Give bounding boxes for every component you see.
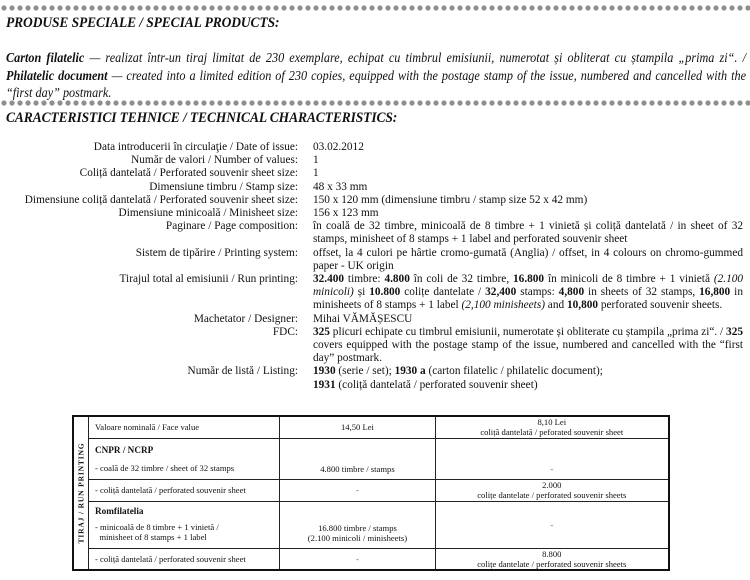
qty: 32,400: [485, 286, 516, 298]
qty: 2.000: [542, 480, 561, 490]
spec-value: 1: [313, 154, 743, 167]
row-right-value: 2.000colițe dantelate / perforated souve…: [435, 479, 669, 501]
qty: 4.800: [384, 273, 409, 285]
special-products-description: Carton filatelic — realizat într-un tira…: [6, 49, 746, 102]
spec-value: 1: [313, 167, 743, 180]
special-products-title: PRODUSE SPECIALE / SPECIAL PRODUCTS:: [6, 15, 279, 32]
row-label: - coliță dantelată / perforated souvenir…: [89, 479, 280, 501]
spec-label: Dimensiune coliță dantelată / Perforated…: [0, 194, 298, 207]
face-value-sheet-amount: 8,10 Lei: [537, 417, 566, 427]
qty: 10,800: [567, 299, 598, 311]
face-value-label: Valoare nominală / Face value: [89, 416, 280, 438]
spec-label: Paginare / Page composition:: [0, 220, 298, 246]
row-right-value: 8.800colițe dantelate / perforated souve…: [435, 548, 669, 570]
run-printing-value: 32.400 timbre: 4.800 în coli de 32 timbr…: [313, 273, 743, 313]
row-mid-value: 4.800 timbre / stamps: [280, 438, 435, 479]
dotted-divider-top: [0, 4, 750, 12]
listing-number: 1930: [313, 365, 336, 377]
listing-value: 1930 (serie / set); 1930 a (carton filat…: [313, 365, 743, 391]
spec-row-listing: Număr de listă / Listing: 1930 (serie / …: [0, 365, 750, 391]
text: stamps:: [516, 286, 558, 298]
label-line-2: minisheet of 8 stamps + 1 label: [99, 532, 206, 542]
row-label: CNPR / NCRP- coală de 32 timbre / sheet …: [89, 438, 280, 479]
qty: 32.400: [313, 273, 344, 285]
text: colițe dantelate /: [400, 286, 485, 298]
text: in sheets of 32 stamps,: [584, 286, 699, 298]
row-label-text: - minicoală de 8 timbre + 1 vinietă / mi…: [95, 516, 273, 548]
qty: 325: [313, 326, 330, 338]
row-mid-value: -: [280, 548, 435, 570]
table-row: CNPR / NCRP- coală de 32 timbre / sheet …: [73, 438, 669, 479]
technical-specs-list: Data introducerii în circulaţie / Date o…: [0, 141, 750, 392]
spec-value: 48 x 33 mm: [313, 181, 743, 194]
spec-row: Dimensiune timbru / Stamp size:48 x 33 m…: [0, 181, 750, 194]
spec-label: Coliță dantelată / Perforated souvenir s…: [0, 167, 298, 180]
table-row: Romfilatelia- minicoală de 8 timbre + 1 …: [73, 501, 669, 548]
spec-row: Paginare / Page composition:în coală de …: [0, 220, 750, 246]
spec-label: Număr de listă / Listing:: [0, 365, 298, 391]
spec-label: Tirajul total al emisiunii / Run printin…: [0, 273, 298, 313]
text: plicuri echipate cu timbrul emisiunii, n…: [330, 326, 726, 338]
spec-row-fdc: FDC: 325 plicuri echipate cu timbrul emi…: [0, 326, 750, 366]
spec-row: Dimensiune minicoală / Minisheet size:15…: [0, 207, 750, 220]
text: în coli de 32 timbre,: [410, 273, 513, 285]
text: covers equipped with the postage stamp o…: [313, 339, 743, 364]
spec-row: Număr de valori / Number of values:1: [0, 154, 750, 167]
spec-label: Sistem de tipărire / Printing system:: [0, 247, 298, 273]
text: în minicoli de 8 timbre + 1 vinietă: [544, 273, 714, 285]
qty: 10.800: [369, 286, 400, 298]
spec-label: Dimensiune timbru / Stamp size:: [0, 181, 298, 194]
qty: 8.800: [542, 549, 561, 559]
technical-characteristics-title: CARACTERISTICI TEHNICE / TECHNICAL CHARA…: [6, 110, 397, 127]
text: (carton filatelic / philatelic document)…: [426, 365, 603, 377]
philatelic-document-en-text: — created into a limited edition of 230 …: [6, 68, 746, 101]
qty: 16.800 timbre / stamps: [318, 523, 397, 533]
table-row: - coliță dantelată / perforated souvenir…: [73, 479, 669, 501]
text: (serie / set);: [336, 365, 395, 377]
spec-row-run-printing: Tirajul total al emisiunii / Run printin…: [0, 273, 750, 313]
face-value-stamp: 14,50 Lei: [280, 416, 435, 438]
philatelic-document-en-label: Philatelic document: [6, 68, 108, 83]
row-right-value: -: [435, 501, 669, 548]
designer-value: Mihai VĂMĂȘESCU: [313, 313, 743, 326]
row-mid-value: -: [280, 479, 435, 501]
run-printing-table: TIRAJ / RUN PRINTING Valoare nominală / …: [72, 415, 670, 571]
spec-row: Dimensiune coliță dantelată / Perforated…: [0, 194, 750, 207]
spec-value: offset, la 4 culori pe hârtie cromo-guma…: [313, 247, 743, 273]
philatelic-card-ro-text: — realizat într-un tiraj limitat de 230 …: [84, 50, 746, 65]
qty: 4,800: [559, 286, 584, 298]
text: perforated souvenir sheets.: [598, 299, 722, 311]
row-label-text: - coală de 32 timbre / sheet of 32 stamp…: [95, 455, 273, 477]
text: și: [354, 286, 369, 298]
vertical-label-cell: TIRAJ / RUN PRINTING: [73, 416, 89, 570]
group-name: CNPR / NCRP: [95, 441, 273, 455]
row-right-value: -: [435, 438, 669, 479]
philatelic-card-ro-label: Carton filatelic: [6, 50, 84, 65]
face-value-sheet-note: coliță dantelată / peforated souvenir sh…: [480, 427, 623, 437]
qty: 16,800: [699, 286, 730, 298]
listing-number: 1930 a: [395, 365, 426, 377]
spec-row: Data introducerii în circulaţie / Date o…: [0, 141, 750, 154]
run-printing-vertical-label: TIRAJ / RUN PRINTING: [77, 442, 86, 543]
text: (coliță dantelată / perforated souvenir …: [336, 379, 538, 391]
spec-label: Număr de valori / Number of values:: [0, 154, 298, 167]
spec-label: Machetator / Designer:: [0, 313, 298, 326]
qty: 16.800: [513, 273, 544, 285]
spec-label: Data introducerii în circulaţie / Date o…: [0, 141, 298, 154]
listing-number: 1931: [313, 379, 336, 391]
table-row: - coliță dantelată / perforated souvenir…: [73, 548, 669, 570]
row-mid-value: 16.800 timbre / stamps(2.100 minicoli / …: [280, 501, 435, 548]
row-label: Romfilatelia- minicoală de 8 timbre + 1 …: [89, 501, 280, 548]
spec-value: 150 x 120 mm (dimensiune timbru / stamp …: [313, 194, 743, 207]
fdc-value: 325 plicuri echipate cu timbrul emisiuni…: [313, 326, 743, 366]
unit: colițe dantelate / perforated souvenir s…: [477, 559, 626, 569]
text: and: [545, 299, 567, 311]
spec-value: în coală de 32 timbre, minicoală de 8 ti…: [313, 220, 743, 246]
note: (2,100 minisheets): [462, 299, 545, 311]
spec-value: 156 x 123 mm: [313, 207, 743, 220]
spec-row: Coliță dantelată / Perforated souvenir s…: [0, 167, 750, 180]
spec-value: 03.02.2012: [313, 141, 743, 154]
table-row-face-value: TIRAJ / RUN PRINTING Valoare nominală / …: [73, 416, 669, 438]
spec-label: Dimensiune minicoală / Minisheet size:: [0, 207, 298, 220]
spec-row-designer: Machetator / Designer: Mihai VĂMĂȘESCU: [0, 313, 750, 326]
label-line-1: - minicoală de 8 timbre + 1 vinietă /: [95, 522, 219, 532]
qty: 325: [726, 326, 743, 338]
spec-row: Sistem de tipărire / Printing system:off…: [0, 247, 750, 273]
dotted-divider-middle: [0, 99, 750, 107]
face-value-sheet: 8,10 Leicoliță dantelată / peforated sou…: [435, 416, 669, 438]
note: (2.100 minicoli / minisheets): [308, 533, 407, 543]
group-name: Romfilatelia: [95, 502, 273, 516]
spec-label: FDC:: [0, 326, 298, 366]
row-label: - coliță dantelată / perforated souvenir…: [89, 548, 280, 570]
unit: colițe dantelate / perforated souvenir s…: [477, 490, 626, 500]
text: timbre:: [344, 273, 384, 285]
